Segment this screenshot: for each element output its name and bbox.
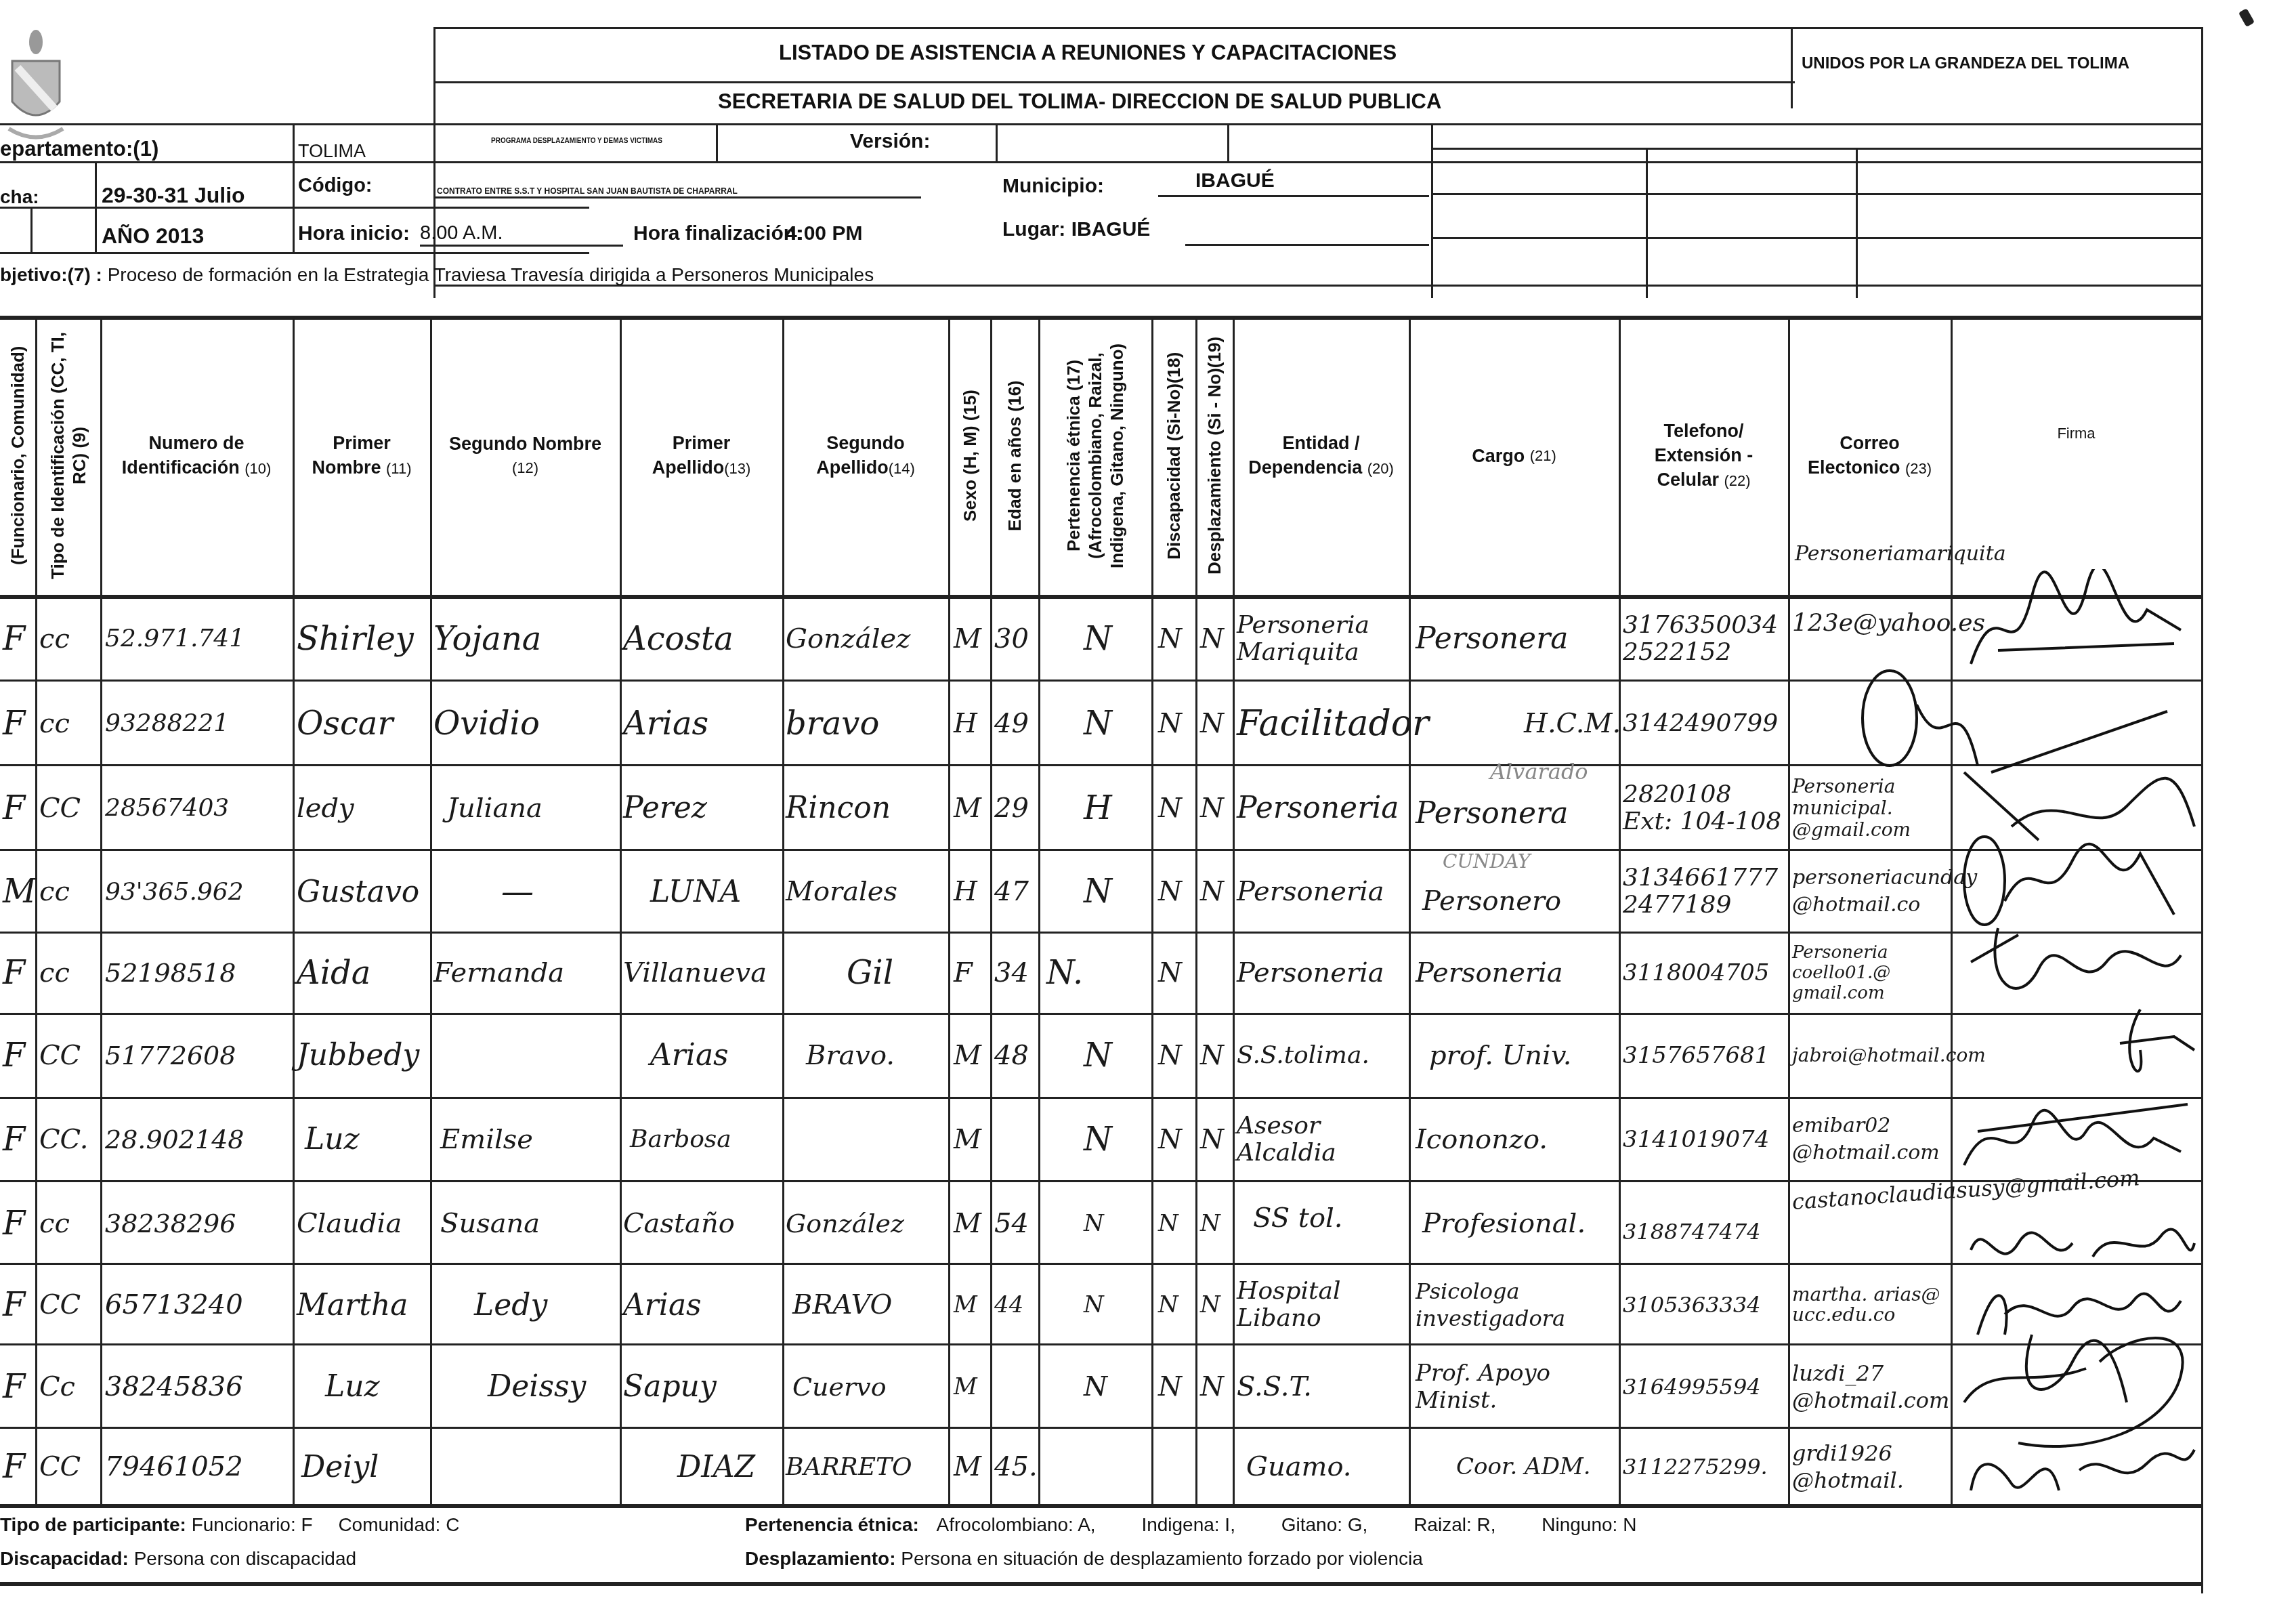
municipio-label: Municipio: xyxy=(1002,175,1104,198)
header-text: Extensión - xyxy=(1655,443,1753,467)
objetivo-value: Proceso de formación en la Estrategia Tr… xyxy=(108,264,874,285)
cell-nombre2: Emilse xyxy=(440,1100,533,1178)
cell-sexo: M xyxy=(954,1267,977,1343)
cell-tipo-id: CC xyxy=(39,769,81,847)
cell-edad: 48 xyxy=(994,1016,1029,1094)
hora-fin-label: Hora finalización: xyxy=(633,222,803,245)
fecha-value: 29-30-31 Julio xyxy=(102,183,245,208)
cell-cargo: Personero xyxy=(1422,871,1561,932)
cell-nombre2: Ledy xyxy=(474,1267,547,1343)
cell-edad: 54 xyxy=(994,1184,1029,1262)
col-tipo-participante: (Funcionario, Comunidad) xyxy=(1,318,34,593)
legend-tipo-participante: Tipo de participante: Funcionario: F Com… xyxy=(0,1514,459,1536)
cell-apellido2: Rincon xyxy=(786,769,891,847)
cell-tipo: M xyxy=(3,854,36,929)
header-number: (12) xyxy=(512,456,538,480)
cell-apellido2: Morales xyxy=(786,854,897,929)
cell-nombre1: Martha xyxy=(297,1267,408,1343)
col-telefono: Telefono/ Extensión - Celular (22) xyxy=(1621,318,1787,593)
cell-tipo: F xyxy=(3,600,25,677)
header-text: Apellido xyxy=(652,457,725,478)
cell-etnia: N xyxy=(1084,854,1112,929)
cell-numero: 38238296 xyxy=(105,1184,236,1262)
cell-tipo-id: CC xyxy=(39,1431,81,1503)
cell-cargo: prof. Univ. xyxy=(1429,1016,1571,1094)
cell-entidad: Facilitador xyxy=(1237,684,1429,762)
anio-value: AÑO 2013 xyxy=(102,224,204,249)
cell-sexo: M xyxy=(954,769,981,847)
cell-nombre1: Claudia xyxy=(297,1184,402,1262)
cell-numero: 28.902148 xyxy=(105,1100,245,1178)
cell-nombre2: Ovidio xyxy=(433,684,540,762)
legend-value: Ninguno: N xyxy=(1542,1514,1636,1535)
lugar-label: Lugar: IBAGUÉ xyxy=(1002,218,1150,241)
cell-sexo: M xyxy=(954,1100,981,1178)
col-segundo-nombre: Segundo Nombre (12) xyxy=(432,318,618,593)
cell-telefono: 3176350034 2522152 xyxy=(1623,600,1785,677)
cell-apellido1: Villanueva xyxy=(623,935,767,1011)
col-discapacidad: Discapacidad (Si-No)(18) xyxy=(1153,318,1194,593)
legend-value: Raizal: R, xyxy=(1413,1514,1495,1535)
cell-correo: 123e@yahoo.es xyxy=(1792,600,1948,647)
objetivo-row: bjetivo:(7) : Proceso de formación en la… xyxy=(0,264,874,286)
cell-edad: 30 xyxy=(994,600,1029,677)
departamento-label: epartamento:(1) xyxy=(0,137,158,161)
contrato-text: CONTRATO ENTRE S.S.T Y HOSPITAL SAN JUAN… xyxy=(437,186,738,196)
col-desplazamiento: Desplazamiento (Si - No)(19) xyxy=(1197,318,1231,593)
cell-desplazamiento: N xyxy=(1200,600,1224,677)
cell-entidad: Hospital Libano xyxy=(1237,1267,1406,1343)
cell-desplazamiento: N xyxy=(1200,854,1224,929)
cell-apellido1: Sapuy xyxy=(623,1348,717,1425)
cell-apellido2: González xyxy=(786,1184,904,1262)
cell-correo: luzdi_27 @hotmail.com xyxy=(1792,1348,1948,1425)
cell-apellido1: Castaño xyxy=(623,1184,735,1262)
cell-edad: 49 xyxy=(994,684,1029,762)
legend-label: Desplazamiento: xyxy=(745,1548,896,1569)
cell-tipo: F xyxy=(3,1100,25,1178)
codigo-label: Código: xyxy=(298,175,373,197)
header-text: Primer xyxy=(333,431,391,455)
cell-nombre1: Aida xyxy=(297,935,370,1011)
header-number: (22) xyxy=(1724,472,1750,489)
cell-nombre1: Deiyl xyxy=(301,1431,379,1503)
legend-label: Tipo de participante: xyxy=(0,1514,186,1535)
cell-etnia: N xyxy=(1084,1100,1112,1178)
header-text: Numero de xyxy=(148,431,244,455)
cell-desplazamiento: N xyxy=(1200,1348,1224,1425)
cell-nombre1: Jubbedy xyxy=(297,1016,419,1094)
col-primer-apellido: Primer Apellido(13) xyxy=(622,318,781,593)
form-title: LISTADO DE ASISTENCIA A REUNIONES Y CAPA… xyxy=(779,41,1397,65)
cell-discapacidad: N xyxy=(1158,769,1182,847)
cell-desplazamiento: N xyxy=(1200,1016,1224,1094)
header-text: Celular xyxy=(1657,469,1719,490)
legend-value: Comunidad: C xyxy=(338,1514,459,1535)
cell-correo: jabroi@hotmail.com xyxy=(1792,1016,1986,1094)
cell-tipo: F xyxy=(3,1348,25,1425)
cell-desplazamiento: N xyxy=(1200,684,1224,762)
cell-etnia: N xyxy=(1084,684,1112,762)
cell-sexo: F xyxy=(954,935,973,1011)
header-text: Segundo Nombre xyxy=(449,432,601,456)
cell-discapacidad: N xyxy=(1158,684,1182,762)
cell-numero: 51772608 xyxy=(105,1016,236,1094)
legend-value: Persona con discapacidad xyxy=(134,1548,356,1569)
cell-entidad: Personeria Mariquita xyxy=(1237,600,1406,677)
cell-apellido1: LUNA xyxy=(650,854,741,929)
cell-desplazamiento: N xyxy=(1200,1184,1220,1262)
cell-etnia: N xyxy=(1084,1267,1104,1343)
cell-desplazamiento: N xyxy=(1200,769,1224,847)
tolima-coat-of-arms-icon xyxy=(5,27,66,135)
header-number: (14) xyxy=(889,460,915,477)
municipio-value: IBAGUÉ xyxy=(1195,169,1275,192)
cell-tipo: F xyxy=(3,769,25,847)
cell-correo: martha. arias@ ucc.edu.co xyxy=(1792,1267,1948,1343)
cell-telefono: 3105363334 xyxy=(1623,1267,1761,1343)
cell-sexo: M xyxy=(954,600,981,677)
header-text: Nombre xyxy=(312,457,381,478)
cell-apellido2: bravo xyxy=(786,684,879,762)
cell-tipo: F xyxy=(3,1267,25,1343)
cell-cargo: Psicologa investigadora xyxy=(1416,1267,1619,1343)
cell-entidad: Asesor Alcaldia xyxy=(1237,1100,1406,1178)
cell-edad: 47 xyxy=(994,854,1029,929)
form-subtitle: SECRETARIA DE SALUD DEL TOLIMA- DIRECCIO… xyxy=(718,89,1441,114)
cell-apellido2: González xyxy=(786,600,910,677)
cell-cargo: Icononzo. xyxy=(1416,1100,1548,1178)
cell-edad: 34 xyxy=(994,935,1029,1011)
cell-numero: 93288221 xyxy=(105,684,229,762)
cell-apellido1: Acosta xyxy=(623,600,734,677)
cell-edad: 45. xyxy=(994,1431,1038,1503)
header-number: (11) xyxy=(386,460,412,477)
cell-cargo: Personera xyxy=(1416,779,1568,847)
col-edad: Edad en años (16) xyxy=(992,318,1037,593)
cell-numero: 52198518 xyxy=(105,935,236,1011)
form-slogan: UNIDOS POR LA GRANDEZA DEL TOLIMA xyxy=(1802,54,2129,73)
cell-nombre2: Yojana xyxy=(433,600,541,677)
hora-inicio-label: Hora inicio: xyxy=(298,222,410,245)
col-numero-identificacion: Numero de Identificación (10) xyxy=(102,318,291,593)
header-number: (10) xyxy=(245,460,271,477)
col-pertenencia-etnica: Pertenencia étnica (17) (Afrocolombiano,… xyxy=(1040,318,1150,593)
cell-entidad: Personeria xyxy=(1237,769,1399,847)
cell-apellido1: Arias xyxy=(623,684,708,762)
cell-apellido2: BARRETO xyxy=(786,1431,912,1503)
col-tipo-identificacion: Tipo de Identificación (CC, TI, RC) (9) xyxy=(38,318,99,593)
cell-nombre1: ledy xyxy=(297,769,354,847)
cell-tipo-id: cc xyxy=(39,600,70,677)
col-firma: Firma xyxy=(1953,318,2200,549)
col-primer-nombre: Primer Nombre (11) xyxy=(295,318,429,593)
cell-edad: 44 xyxy=(994,1267,1023,1343)
cell-tipo: F xyxy=(3,1184,25,1262)
cell-cargo: Personera xyxy=(1416,600,1568,677)
cell-discapacidad: N xyxy=(1158,1348,1182,1425)
cell-etnia: N xyxy=(1084,1184,1104,1262)
cell-numero: 65713240 xyxy=(105,1267,243,1343)
cell-discapacidad: N xyxy=(1158,600,1182,677)
header-number: (20) xyxy=(1367,460,1394,477)
scan-mark xyxy=(2238,8,2255,27)
cell-apellido1: DIAZ xyxy=(677,1431,755,1503)
cell-sexo: M xyxy=(954,1184,981,1262)
col-entidad: Entidad / Dependencia (20) xyxy=(1235,318,1407,593)
cell-numero: 79461052 xyxy=(105,1431,243,1503)
header-text: Entidad / xyxy=(1283,431,1360,455)
cell-nombre2: Deissy xyxy=(488,1348,586,1425)
cell-entidad: S.S.tolima. xyxy=(1237,1016,1369,1094)
header-text: Cargo xyxy=(1472,444,1525,468)
cell-entidad: SS tol. xyxy=(1253,1184,1342,1252)
cell-tipo: F xyxy=(3,1431,25,1503)
cell-sexo: H xyxy=(954,684,977,762)
header-number: (21) xyxy=(1530,444,1556,468)
header-number: (13) xyxy=(724,460,750,477)
signature-icon xyxy=(1957,1423,2201,1507)
cell-nombre2: Susana xyxy=(440,1184,540,1262)
cell-correo: grdi1926 @hotmail. xyxy=(1792,1431,1948,1503)
cell-entidad: Personeria xyxy=(1237,854,1384,929)
header-text: Telefono/ xyxy=(1664,419,1744,443)
cell-apellido2: BRAVO xyxy=(792,1267,892,1343)
cell-cargo: Profesional. xyxy=(1422,1184,1586,1262)
cell-numero: 93'365.962 xyxy=(105,854,244,929)
legend-desplazamiento: Desplazamiento: Persona en situación de … xyxy=(745,1548,1423,1570)
cell-tipo-id: CC. xyxy=(39,1100,89,1178)
cell-cargo: Prof. Apoyo Minist. xyxy=(1416,1348,1619,1425)
cell-correo: emibar02 @hotmail.com xyxy=(1792,1100,1948,1178)
cell-numero: 28567403 xyxy=(105,769,229,847)
cell-etnia: H xyxy=(1084,769,1112,847)
fecha-label: cha: xyxy=(0,186,39,208)
cell-tipo-id: cc xyxy=(39,1184,70,1262)
cell-apellido1: Arias xyxy=(650,1016,729,1094)
handwritten-note: Personeriamariquita xyxy=(1795,542,2006,566)
cell-etnia: N xyxy=(1084,600,1112,677)
cell-tipo-id: Cc xyxy=(39,1348,75,1425)
cell-etnia: N xyxy=(1084,1348,1107,1425)
cell-tipo: F xyxy=(3,1016,25,1094)
programa-text: PROGRAMA DESPLAZAMIENTO Y DEMAS VICTIMAS xyxy=(491,138,662,145)
header-number: (23) xyxy=(1905,460,1932,477)
cell-edad: 29 xyxy=(994,769,1029,847)
header-text: Electonico xyxy=(1808,457,1900,478)
cell-tipo: F xyxy=(3,684,25,762)
cell-tipo: F xyxy=(3,935,25,1011)
cell-discapacidad: N xyxy=(1158,1016,1182,1094)
cell-telefono: 2820108 Ext: 104-108 xyxy=(1623,769,1785,847)
cell-apellido2: Cuervo xyxy=(792,1348,887,1425)
header-text: Segundo xyxy=(826,431,905,455)
cell-sexo: M xyxy=(954,1431,981,1503)
legend-value: Gitano: G, xyxy=(1281,1514,1368,1535)
cell-etnia: N xyxy=(1084,1016,1112,1094)
cell-telefono: 3164995594 xyxy=(1623,1348,1761,1425)
cell-apellido1: Perez xyxy=(623,769,707,847)
cell-numero: 38245836 xyxy=(105,1348,243,1425)
cell-nombre2: Fernanda xyxy=(433,935,564,1011)
cell-entidad: Personeria xyxy=(1237,935,1384,1011)
col-sexo: Sexo (H, M) (15) xyxy=(950,318,989,593)
cell-apellido2: Gil xyxy=(847,935,893,1011)
cell-tipo-id: cc xyxy=(39,684,70,762)
cell-entidad: Guamo. xyxy=(1246,1431,1352,1503)
cell-entidad: S.S.T. xyxy=(1237,1348,1312,1425)
header-text: Identificación xyxy=(122,457,240,478)
legend-value: Indigena: I, xyxy=(1141,1514,1235,1535)
cell-tipo-id: cc xyxy=(39,854,70,929)
col-segundo-apellido: Segundo Apellido(14) xyxy=(784,318,947,593)
cell-nombre1: Shirley xyxy=(297,600,414,677)
cell-nombre1: Oscar xyxy=(297,684,393,762)
cell-correo: Personeria coello01.@ gmail.com xyxy=(1792,935,1948,1011)
cell-nombre2: — xyxy=(501,854,534,929)
legend-label: Discapacidad: xyxy=(0,1548,129,1569)
legend-discapacidad: Discapacidad: Persona con discapacidad xyxy=(0,1548,356,1570)
cell-discapacidad: N xyxy=(1158,1267,1178,1343)
hora-fin-value: 4:00 PM xyxy=(786,222,862,245)
cell-discapacidad: N xyxy=(1158,935,1182,1011)
cell-telefono: 3118004705 xyxy=(1623,935,1769,1011)
cell-apellido1: Barbosa xyxy=(630,1100,731,1178)
cell-sexo: M xyxy=(954,1016,981,1094)
cell-nombre2: Juliana xyxy=(447,769,543,847)
cell-etnia: N. xyxy=(1046,935,1083,1011)
legend-value: Afrocolombiano: A, xyxy=(937,1514,1096,1535)
cell-cargo: Coor. ADM. xyxy=(1456,1431,1612,1503)
cell-correo: personeriacunday @hotmail.co xyxy=(1792,854,1948,929)
header-text: Dependencia xyxy=(1248,457,1362,478)
cell-desplazamiento: N xyxy=(1200,1267,1220,1343)
cell-apellido1: Arias xyxy=(623,1267,702,1343)
cell-desplazamiento: N xyxy=(1200,1100,1224,1178)
cell-sexo: H xyxy=(954,854,977,929)
cell-telefono: 3141019074 xyxy=(1623,1100,1769,1178)
header-text: Correo xyxy=(1840,431,1900,455)
version-label: Versión: xyxy=(850,130,930,153)
legend-value: Funcionario: F xyxy=(192,1514,313,1535)
cell-cargo: H.C.M. xyxy=(1524,684,1621,762)
cell-cargo: Personeria xyxy=(1416,935,1563,1011)
cell-apellido2: Bravo. xyxy=(806,1016,895,1094)
cell-telefono: 3157657681 xyxy=(1623,1016,1769,1094)
legend-pertenencia-etnica: Pertenencia étnica: Afrocolombiano: A, I… xyxy=(745,1514,1636,1536)
cell-tipo-id: CC xyxy=(39,1016,81,1094)
legend-value: Persona en situación de desplazamiento f… xyxy=(901,1548,1422,1569)
col-cargo: Cargo (21) xyxy=(1411,318,1617,593)
header-text: Primer xyxy=(673,431,731,455)
cell-discapacidad: N xyxy=(1158,854,1182,929)
cell-telefono: 3142490799 xyxy=(1623,684,1778,762)
cell-telefono: 3134661777 2477189 xyxy=(1623,854,1785,929)
cell-telefono: 3188747474 xyxy=(1623,1192,1761,1270)
cell-telefono: 3112275299. xyxy=(1623,1431,1768,1503)
cell-cargo-note: CUNDAY xyxy=(1443,850,1531,873)
cell-sexo: M xyxy=(954,1348,977,1425)
cell-discapacidad: N xyxy=(1158,1100,1182,1178)
cell-discapacidad: N xyxy=(1158,1184,1178,1262)
header-text: Apellido xyxy=(816,457,889,478)
cell-correo: Personeria municipal. @gmail.com xyxy=(1792,769,1948,847)
cell-tipo-id: CC xyxy=(39,1267,81,1343)
cell-nombre1: Gustavo xyxy=(297,854,419,929)
hora-inicio-value: 8.00 A.M. xyxy=(420,222,623,247)
legend-label: Pertenencia étnica: xyxy=(745,1514,919,1535)
cell-nombre1: Luz xyxy=(305,1100,360,1178)
cell-nombre1: Luz xyxy=(325,1348,380,1425)
cell-numero: 52.971.741 xyxy=(105,600,245,677)
departamento-value: TOLIMA xyxy=(298,141,366,162)
objetivo-label: bjetivo:(7) : xyxy=(0,264,102,285)
cell-tipo-id: cc xyxy=(39,935,70,1011)
